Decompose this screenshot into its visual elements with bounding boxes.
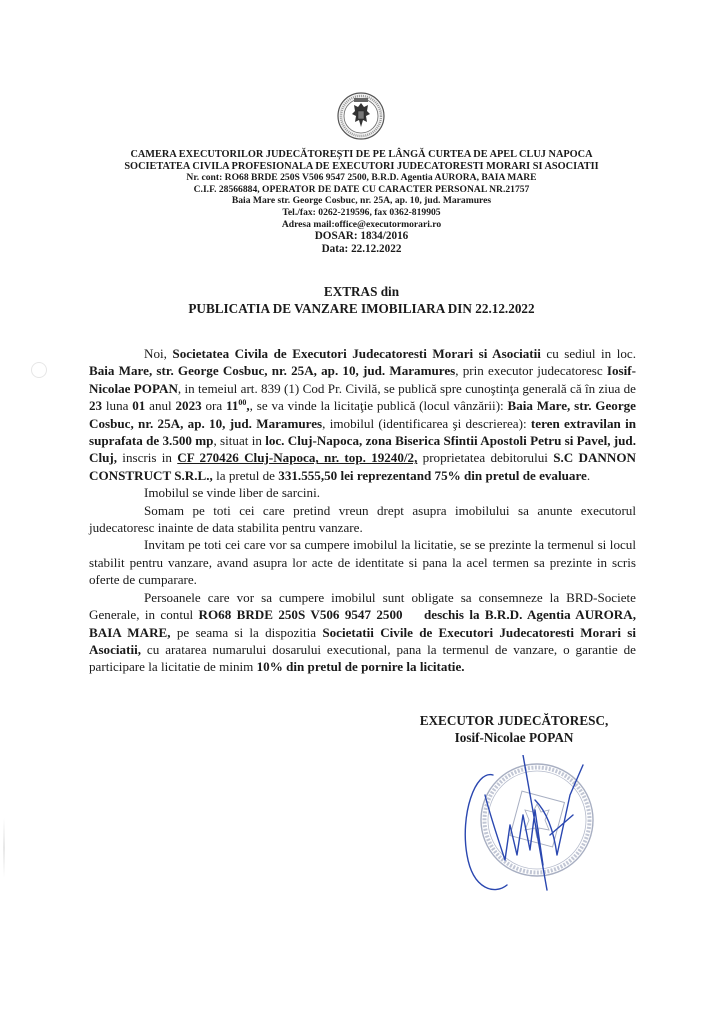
romania-coat-of-arms-seal-icon xyxy=(337,92,385,140)
signer-name: Iosif-Nicolae POPAN xyxy=(394,729,634,746)
bank-account: Nr. cont: RO68 BRDE 250S V506 9547 2500,… xyxy=(60,172,663,184)
auction-day: 23 xyxy=(89,398,102,413)
document-body: Noi, Societatea Civila de Executori Jude… xyxy=(89,345,636,676)
auction-month: 01 xyxy=(132,398,145,413)
handwritten-signature-icon xyxy=(455,755,605,905)
paragraph-deposit-requirement: Persoanele care vor sa cumpere imobilul … xyxy=(89,589,636,676)
paragraph-sale-announcement: Noi, Societatea Civila de Executori Jude… xyxy=(89,345,636,484)
email-address: Adresa mail:office@executormorari.ro xyxy=(60,219,663,231)
signer-role: EXECUTOR JUDECĂTORESC, xyxy=(394,712,634,729)
office-address: Baia Mare str. George Cosbuc, nr. 25A, a… xyxy=(60,195,663,207)
paragraph-bidders-invitation: Invitam pe toti cei care vor sa cumpere … xyxy=(89,536,636,588)
title-line-2: PUBLICATIA DE VANZARE IMOBILIARA DIN 22.… xyxy=(60,300,663,317)
letterhead: CAMERA EXECUTORILOR JUDECĂTOREȘTI DE PE … xyxy=(60,149,663,256)
deposit-percent: 10% din pretul de pornire la licitatie. xyxy=(257,659,465,674)
scan-edge-mark xyxy=(3,818,5,878)
cif-operator: C.I.F. 28566884, OPERATOR DE DATE CU CAR… xyxy=(60,184,663,196)
document-date: Data: 22.12.2022 xyxy=(60,243,663,256)
punch-hole-mark xyxy=(31,362,47,378)
signature-block: EXECUTOR JUDECĂTORESC, Iosif-Nicolae POP… xyxy=(394,712,634,746)
document-page: CAMERA EXECUTORILOR JUDECĂTOREȘTI DE PE … xyxy=(0,0,723,1024)
chamber-name: CAMERA EXECUTORILOR JUDECĂTOREȘTI DE PE … xyxy=(60,149,663,161)
document-title: EXTRAS din PUBLICATIA DE VANZARE IMOBILI… xyxy=(60,283,663,317)
starting-price: 331.555,50 lei reprezentand 75% din pret… xyxy=(278,468,587,483)
company-name: SOCIETATEA CIVILA PROFESIONALA DE EXECUT… xyxy=(60,161,663,173)
auction-year: 2023 xyxy=(176,398,202,413)
title-line-1: EXTRAS din xyxy=(60,283,663,300)
deposit-account: RO68 BRDE 250S V506 9547 2500 xyxy=(199,607,403,622)
paragraph-no-encumbrances: Imobilul se vinde liber de sarcini. xyxy=(89,484,636,501)
land-registry-ref: CF 270426 Cluj-Napoca, nr. top. 19240/2, xyxy=(177,450,417,465)
phone-fax: Tel./fax: 0262-219596, fax 0362-819905 xyxy=(60,207,663,219)
case-number: DOSAR: 1834/2016 xyxy=(60,230,663,243)
paragraph-claims-notice: Somam pe toti cei care pretind vreun dre… xyxy=(89,502,636,537)
auction-hour: 11 xyxy=(226,398,238,413)
